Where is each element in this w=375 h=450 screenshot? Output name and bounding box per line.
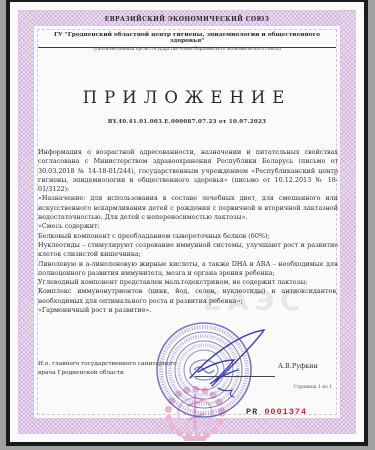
page-indicator: Страница 1 из 1	[293, 385, 332, 390]
document-photo-edge: ЕАЭС ЕВРАЗИЙСКИЙ ЭКОНОМИЧЕСКИЙ СОЮЗ ГУ "…	[6, 0, 368, 446]
union-header: ЕВРАЗИЙСКИЙ ЭКОНОМИЧЕСКИЙ СОЮЗ	[40, 16, 334, 23]
photo-background: ЕАЭС ЕВРАЗИЙСКИЙ ЭКОНОМИЧЕСКИЙ СОЮЗ ГУ "…	[0, 0, 375, 450]
issuer-name: ГУ "Гродненский областной центр гигиены,…	[38, 32, 336, 48]
paragraph: «Смесь содержит:	[38, 222, 338, 231]
document-number: BY.40.41.01.003.Е.000087.07.23 от 10.07.…	[10, 119, 364, 125]
paragraph: «Гармоничный рост и развитие».	[38, 306, 338, 315]
document-body: Информация о возрастной адресованности, …	[38, 148, 338, 315]
form-number-value: 0001374	[264, 407, 307, 417]
certificate-page: ЕАЭС ЕВРАЗИЙСКИЙ ЭКОНОМИЧЕСКИЙ СОЮЗ ГУ "…	[10, 2, 364, 442]
issuer-note: (уполномоченный орган государства-члена …	[38, 47, 336, 52]
paragraph: Углеводный компонент представлен мальтод…	[38, 278, 338, 287]
form-number: PR 0001374	[246, 407, 307, 417]
guilloche-border-right	[340, 10, 356, 434]
paragraph: Линолевую и а-линоленовую жирные кислоты…	[38, 260, 338, 279]
paragraph: Нуклеотиды – стимулируют созревание имму…	[38, 241, 338, 260]
paragraph: Белковый компонент с преобладанием сывор…	[38, 232, 338, 241]
guilloche-border-left	[18, 10, 34, 434]
paragraph: Информация о возрастной адресованности, …	[38, 148, 338, 194]
paragraph: Комплекс иммунонутриентов (цинк, йод, се…	[38, 287, 338, 306]
document-title: ПРИЛОЖЕНИЕ	[10, 88, 364, 107]
paragraph: «Назначение: для использования в составе…	[38, 194, 338, 222]
form-number-prefix: PR	[246, 407, 258, 417]
signature-flourish-icon	[160, 320, 296, 402]
